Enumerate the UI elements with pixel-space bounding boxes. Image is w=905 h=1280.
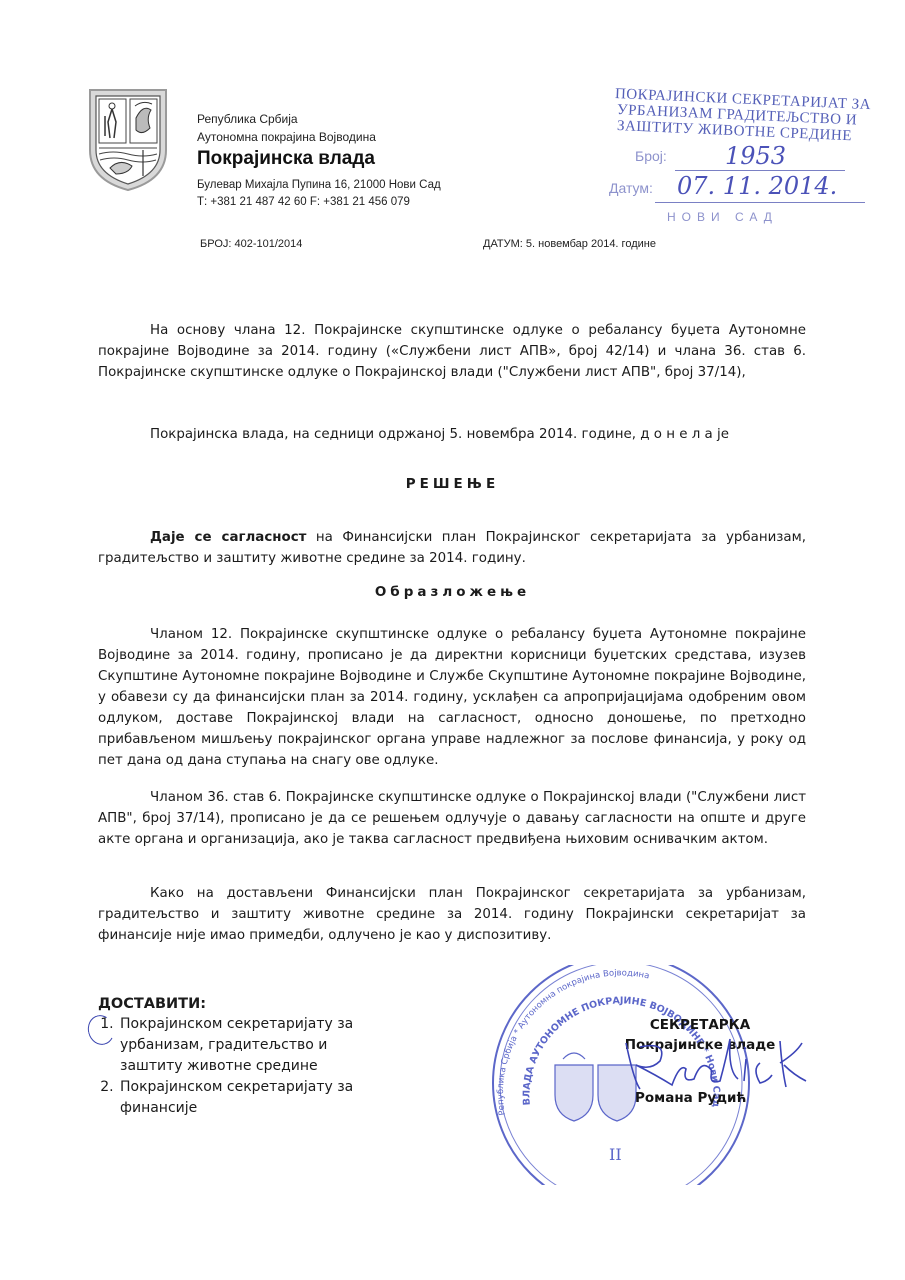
letterhead-province: Аутономна покрајина Војводина [197,130,376,144]
signatory-name: Романа Рудић [635,1090,746,1106]
signatory-role: СЕКРЕТАРКА [600,1015,800,1035]
enactment-paragraph: Покрајинска влада, на седници одржаној 5… [98,424,806,445]
reasoning-paragraph-3: Како на достављени Финансијски план Покр… [98,883,806,946]
registry-date-value: 07. 11. 2014. [677,172,837,200]
registry-number-line [675,170,845,171]
registry-number-label: Број: [635,148,667,164]
reference-number-value: 402-101/2014 [235,238,303,250]
decision-heading: РЕШЕЊЕ [0,476,905,492]
handwritten-signature [620,1035,810,1095]
reference-date: ДАТУМ: 5. новембар 2014. године [483,238,656,250]
coat-of-arms-icon [88,88,168,192]
reasoning-paragraph-2: Чланом 36. став 6. Покрајинске скупштинс… [98,787,806,850]
registry-stamp: ПОКРАЈИНСКИ СЕКРЕТАРИЈАТ ЗА УРБАНИЗАМ ГР… [605,82,875,232]
delivery-item: Покрајинском секретаријату за финансије [118,1077,368,1119]
decision-paragraph: Даје се сагласност на Финансијски план П… [98,527,806,569]
letterhead-contact: Т: +381 21 487 42 60 F: +381 21 456 079 [197,196,410,208]
registry-date-line [655,202,865,203]
enactment-text: Покрајинска влада, на седници одржаној 5… [150,427,729,442]
reference-number-label: БРОЈ: [200,238,231,250]
delivery-title: ДОСТАВИТИ: [98,996,368,1012]
reasoning-text-3: Како на достављени Финансијски план Покр… [98,886,806,943]
decision-bold-text: Даје се сагласност [150,530,306,545]
delivery-item: Покрајинском секретаријату за урбанизам,… [118,1014,368,1077]
reference-date-label: ДАТУМ: [483,238,523,250]
reasoning-heading: Образложење [0,584,905,600]
registry-stamp-city: НОВИ САД [667,210,778,224]
delivery-list: Покрајинском секретаријату за урбанизам,… [98,1014,368,1119]
delivery-section: ДОСТАВИТИ: Покрајинском секретаријату за… [98,996,368,1119]
seal-number: II [609,1145,622,1164]
preamble-text: На основу члана 12. Покрајинске скупштин… [98,323,806,380]
reference-number: БРОЈ: 402-101/2014 [200,238,302,250]
reference-date-value: 5. новембар 2014. године [526,238,656,250]
reasoning-text-1: Чланом 12. Покрајинске скупштинске одлук… [98,627,806,768]
letterhead-country: Република Србија [197,112,298,126]
reasoning-text-2: Чланом 36. став 6. Покрајинске скупштинс… [98,790,806,847]
registry-date-label: Датум: [609,180,653,196]
preamble-paragraph: На основу члана 12. Покрајинске скупштин… [98,320,806,383]
registry-number-value: 1953 [725,142,786,170]
reasoning-paragraph-1: Чланом 12. Покрајинске скупштинске одлук… [98,624,806,771]
letterhead-title: Покрајинска влада [197,148,375,170]
letterhead-address: Булевар Михајла Пупина 16, 21000 Нови Са… [197,179,441,191]
